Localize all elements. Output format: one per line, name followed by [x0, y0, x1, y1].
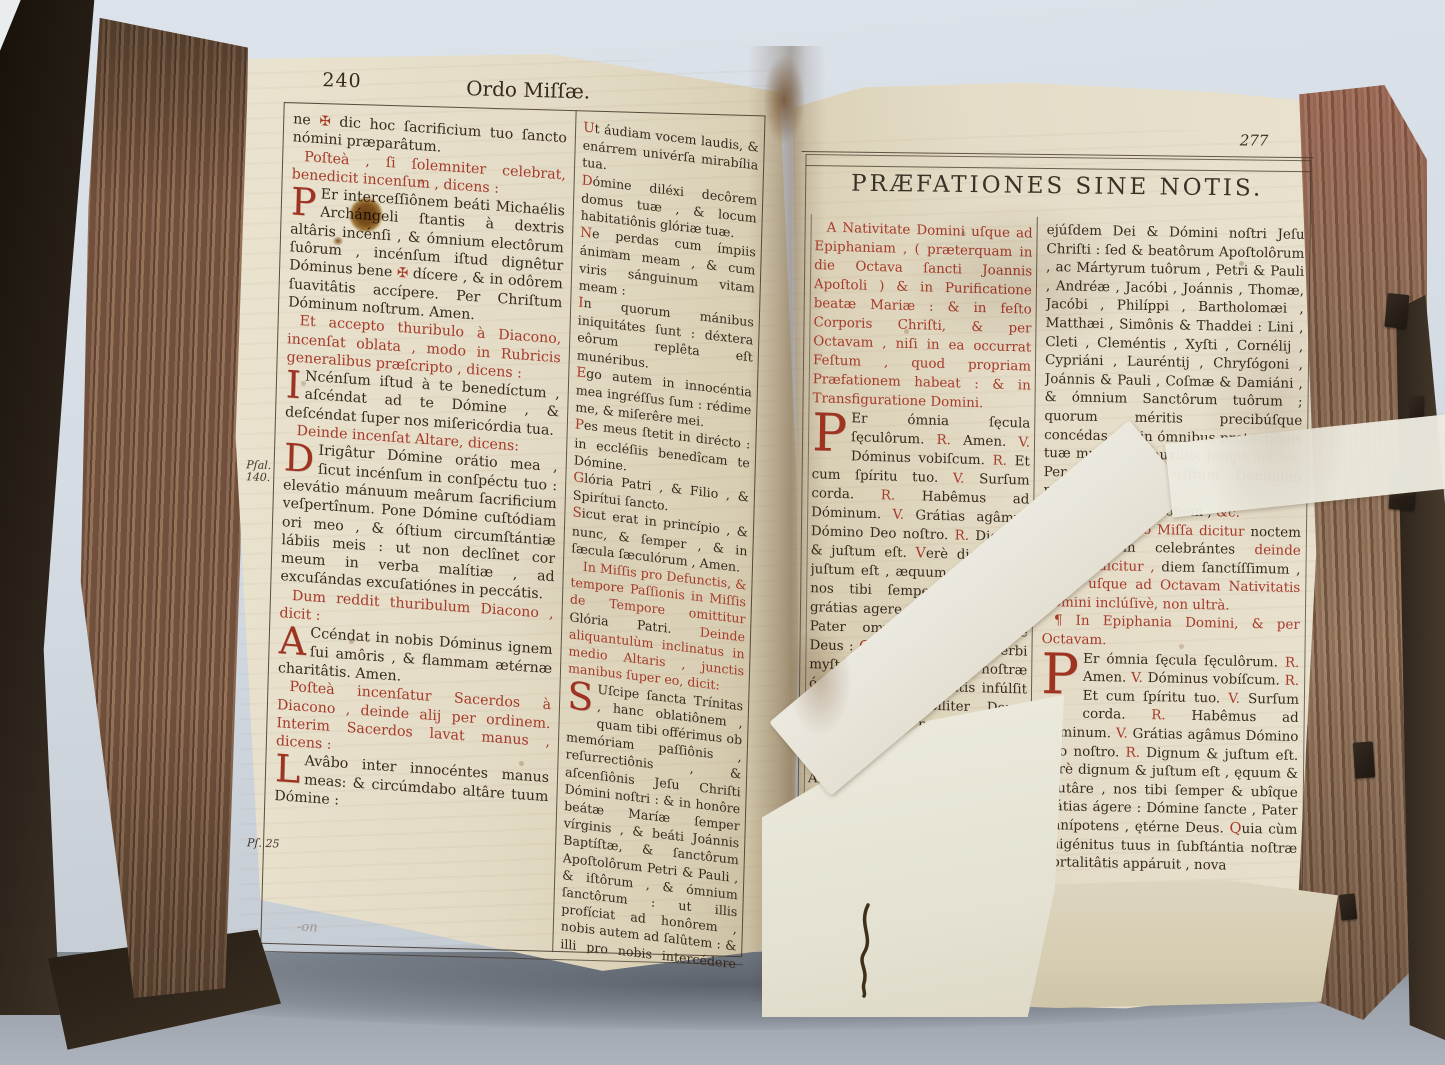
drop-cap: P — [290, 183, 321, 221]
text-segment: Dóminus vobiſcum. — [851, 449, 993, 468]
text-segment: Q — [1229, 820, 1241, 837]
text-segment: V. — [892, 508, 915, 524]
index-tab — [1339, 893, 1358, 921]
drop-cap: I — [285, 366, 305, 403]
left-page-column-2: Ut áudiam vocem laudis, & enárrem univér… — [560, 118, 759, 970]
right-page-number: 277 — [1240, 131, 1269, 149]
right-page-column-2: ejúſdem Dei & Dómini noſtri Jeſu Chriſti… — [1038, 221, 1305, 962]
text-segment: ejúſdem Dei & Dómini noſtri Jeſu Chriſti… — [1044, 222, 1305, 464]
text-segment: D — [581, 172, 592, 189]
text-segment: V. — [1116, 725, 1133, 741]
drop-cap: L — [275, 750, 305, 788]
text-segment: R. — [936, 433, 963, 449]
left-page-content: 240 Ordo Miſſæ. ne ✠ dic hoc ſacrificium… — [258, 58, 775, 966]
text-segment: R. — [1285, 654, 1300, 670]
text-segment: Uſcipe ſancta Trínitas , hanc oblatiônem… — [560, 681, 743, 970]
text-segment: V — [915, 545, 926, 561]
text-paragraph: PEr interceſſiônem beáti Michaélis Archá… — [288, 183, 565, 330]
left-page-number: 240 — [322, 69, 362, 92]
text-segment: R. — [955, 528, 976, 544]
rubric-paragraph: A Nativitate Domini uſque ad Epiphaniam … — [812, 218, 1032, 414]
maltese-cross-icon: ✠ — [319, 113, 331, 130]
rubric-paragraph: ¶ In Epiphania Domini, & per Octavam. — [1042, 611, 1300, 653]
text-segment: Dóminus vobíſcum. — [1148, 670, 1285, 689]
text-paragraph: PEr ómnia ſęcula ſęculôrum. R. Amen. V. … — [1039, 649, 1300, 877]
margin-note-psalm: Pſal. 140. — [246, 459, 287, 484]
maltese-cross-icon: ✠ — [392, 265, 413, 282]
text-segment: Et cum ſpíritu tuo. — [1083, 688, 1229, 707]
text-segment: G — [573, 469, 584, 486]
text-paragraph: SUſcipe ſancta Trínitas , hanc oblatiône… — [560, 677, 743, 971]
drop-cap: A — [278, 622, 310, 660]
text-segment: E — [576, 364, 586, 381]
text-segment: V. — [1018, 435, 1030, 450]
text-segment: R. — [881, 488, 922, 504]
text-segment: R. — [993, 454, 1015, 470]
text-segment: R. — [1285, 673, 1300, 689]
text-segment: V. — [953, 471, 979, 487]
index-tab — [1353, 741, 1375, 778]
text-segment: R. — [1125, 744, 1146, 760]
text-segment: Amen. — [1083, 669, 1132, 686]
index-tab — [1384, 293, 1409, 329]
text-segment: N — [580, 225, 592, 242]
text-segment: Er ómnia ſęcula ſęculôrum. — [1083, 650, 1285, 670]
margin-note-psalm: Pſ. 25 — [247, 837, 287, 850]
text-segment: V. — [1131, 670, 1148, 686]
rubric-paragraph: In Miſſis pro Defunctis, & tempore Paſſi… — [568, 556, 747, 697]
left-page-column-1: ne ✠ dic hoc ſacrificium tuo ſancto nómi… — [270, 110, 567, 957]
text-paragraph: DIrigâtur Dómine orátio mea , ſicut incé… — [280, 440, 558, 605]
text-segment: V. — [1228, 690, 1248, 706]
text-segment: ne — [293, 111, 320, 129]
show-through-text: -on — [297, 920, 318, 936]
text-segment: R. — [1151, 708, 1191, 725]
text-segment: Amen. — [963, 434, 1019, 451]
text-segment: Dignum & juſtum eſt. — [1146, 745, 1298, 764]
running-title: Ordo Miſſæ. — [378, 74, 679, 106]
text-segment: ¶ In Epiphania Domini, & per Octavam. — [1042, 613, 1300, 649]
drop-cap: P — [812, 408, 852, 465]
ink-mark — [852, 903, 882, 998]
photo-of-antique-missal: 240 Ordo Miſſæ. ne ✠ dic hoc ſacrificium… — [0, 0, 1445, 1065]
drop-cap: S — [567, 677, 598, 716]
drop-cap: D — [283, 440, 318, 478]
text-segment: A Nativitate Domini uſque ad Epiphaniam … — [812, 221, 1032, 412]
text-segment: Irigâtur Dómine orátio mea , ſicut incén… — [280, 443, 558, 603]
